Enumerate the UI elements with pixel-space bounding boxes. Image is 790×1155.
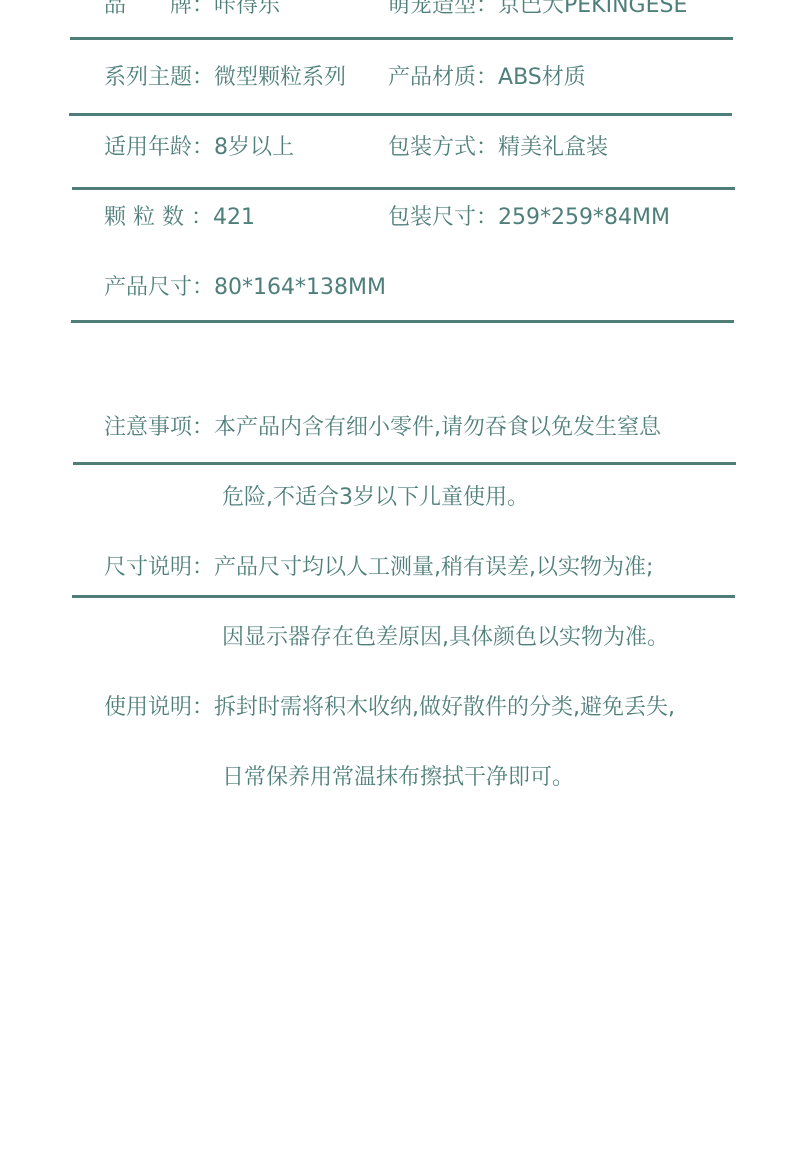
spec-package-size: 包装尺寸：259*259*84MM (388, 204, 670, 232)
spec-pet-model-value: 京巴犬PEKINGESE (498, 0, 687, 20)
spec-packaging-label: 包装方式： (388, 134, 498, 162)
divider-line (70, 37, 733, 40)
divider-line (72, 187, 735, 190)
spec-packaging-value: 精美礼盒装 (498, 134, 608, 162)
spec-series: 系列主题：微型颗粒系列 (104, 64, 346, 92)
note-caution-line1: 本产品内含有细小零件,请勿吞食以免发生窒息 (214, 414, 661, 442)
note-usage-line1: 拆封时需将积木收纳,做好散件的分类,避免丢失, (214, 694, 675, 722)
note-usage-line2: 日常保养用常温抹布擦拭干净即可。 (222, 764, 574, 792)
spec-material: 产品材质：ABS材质 (388, 64, 586, 92)
divider-line (69, 113, 732, 116)
spec-brand: 品 牌：咔得乐 (104, 0, 280, 20)
spec-product-size: 产品尺寸：80*164*138MM (104, 274, 386, 302)
divider-line (72, 595, 735, 598)
note-caution-label: 注意事项： (104, 414, 214, 442)
note-size-line1: 产品尺寸均以人工测量,稍有误差,以实物为准; (214, 554, 653, 582)
spec-package-size-value: 259*259*84MM (498, 204, 670, 232)
note-size-label: 尺寸说明： (104, 554, 214, 582)
spec-age: 适用年龄：8岁以上 (104, 134, 294, 162)
note-caution: 注意事项：本产品内含有细小零件,请勿吞食以免发生窒息 (104, 414, 661, 442)
spec-brand-value: 咔得乐 (214, 0, 280, 20)
spec-pieces-label: 颗 粒 数 ： (104, 204, 213, 232)
divider-line (71, 320, 734, 323)
spec-packaging: 包装方式：精美礼盒装 (388, 134, 608, 162)
spec-age-label: 适用年龄： (104, 134, 214, 162)
note-caution-line2: 危险,不适合3岁以下儿童使用。 (222, 484, 529, 512)
note-size: 尺寸说明：产品尺寸均以人工测量,稍有误差,以实物为准; (104, 554, 653, 582)
spec-series-label: 系列主题： (104, 64, 214, 92)
spec-pieces-value: 421 (213, 204, 255, 232)
note-size-line2: 因显示器存在色差原因,具体颜色以实物为准。 (222, 624, 669, 652)
spec-age-value: 8岁以上 (214, 134, 294, 162)
spec-product-size-value: 80*164*138MM (214, 274, 386, 302)
spec-package-size-label: 包装尺寸： (388, 204, 498, 232)
spec-product-size-label: 产品尺寸： (104, 274, 214, 302)
spec-material-value: ABS材质 (498, 64, 586, 92)
spec-series-value: 微型颗粒系列 (214, 64, 346, 92)
divider-line (73, 462, 736, 465)
spec-pieces: 颗 粒 数 ：421 (104, 204, 255, 232)
spec-brand-label: 品 牌： (104, 0, 214, 20)
spec-pet-model-label: 萌宠造型： (388, 0, 498, 20)
spec-material-label: 产品材质： (388, 64, 498, 92)
spec-pet-model: 萌宠造型：京巴犬PEKINGESE (388, 0, 687, 20)
note-usage: 使用说明：拆封时需将积木收纳,做好散件的分类,避免丢失, (104, 694, 675, 722)
note-usage-label: 使用说明： (104, 694, 214, 722)
